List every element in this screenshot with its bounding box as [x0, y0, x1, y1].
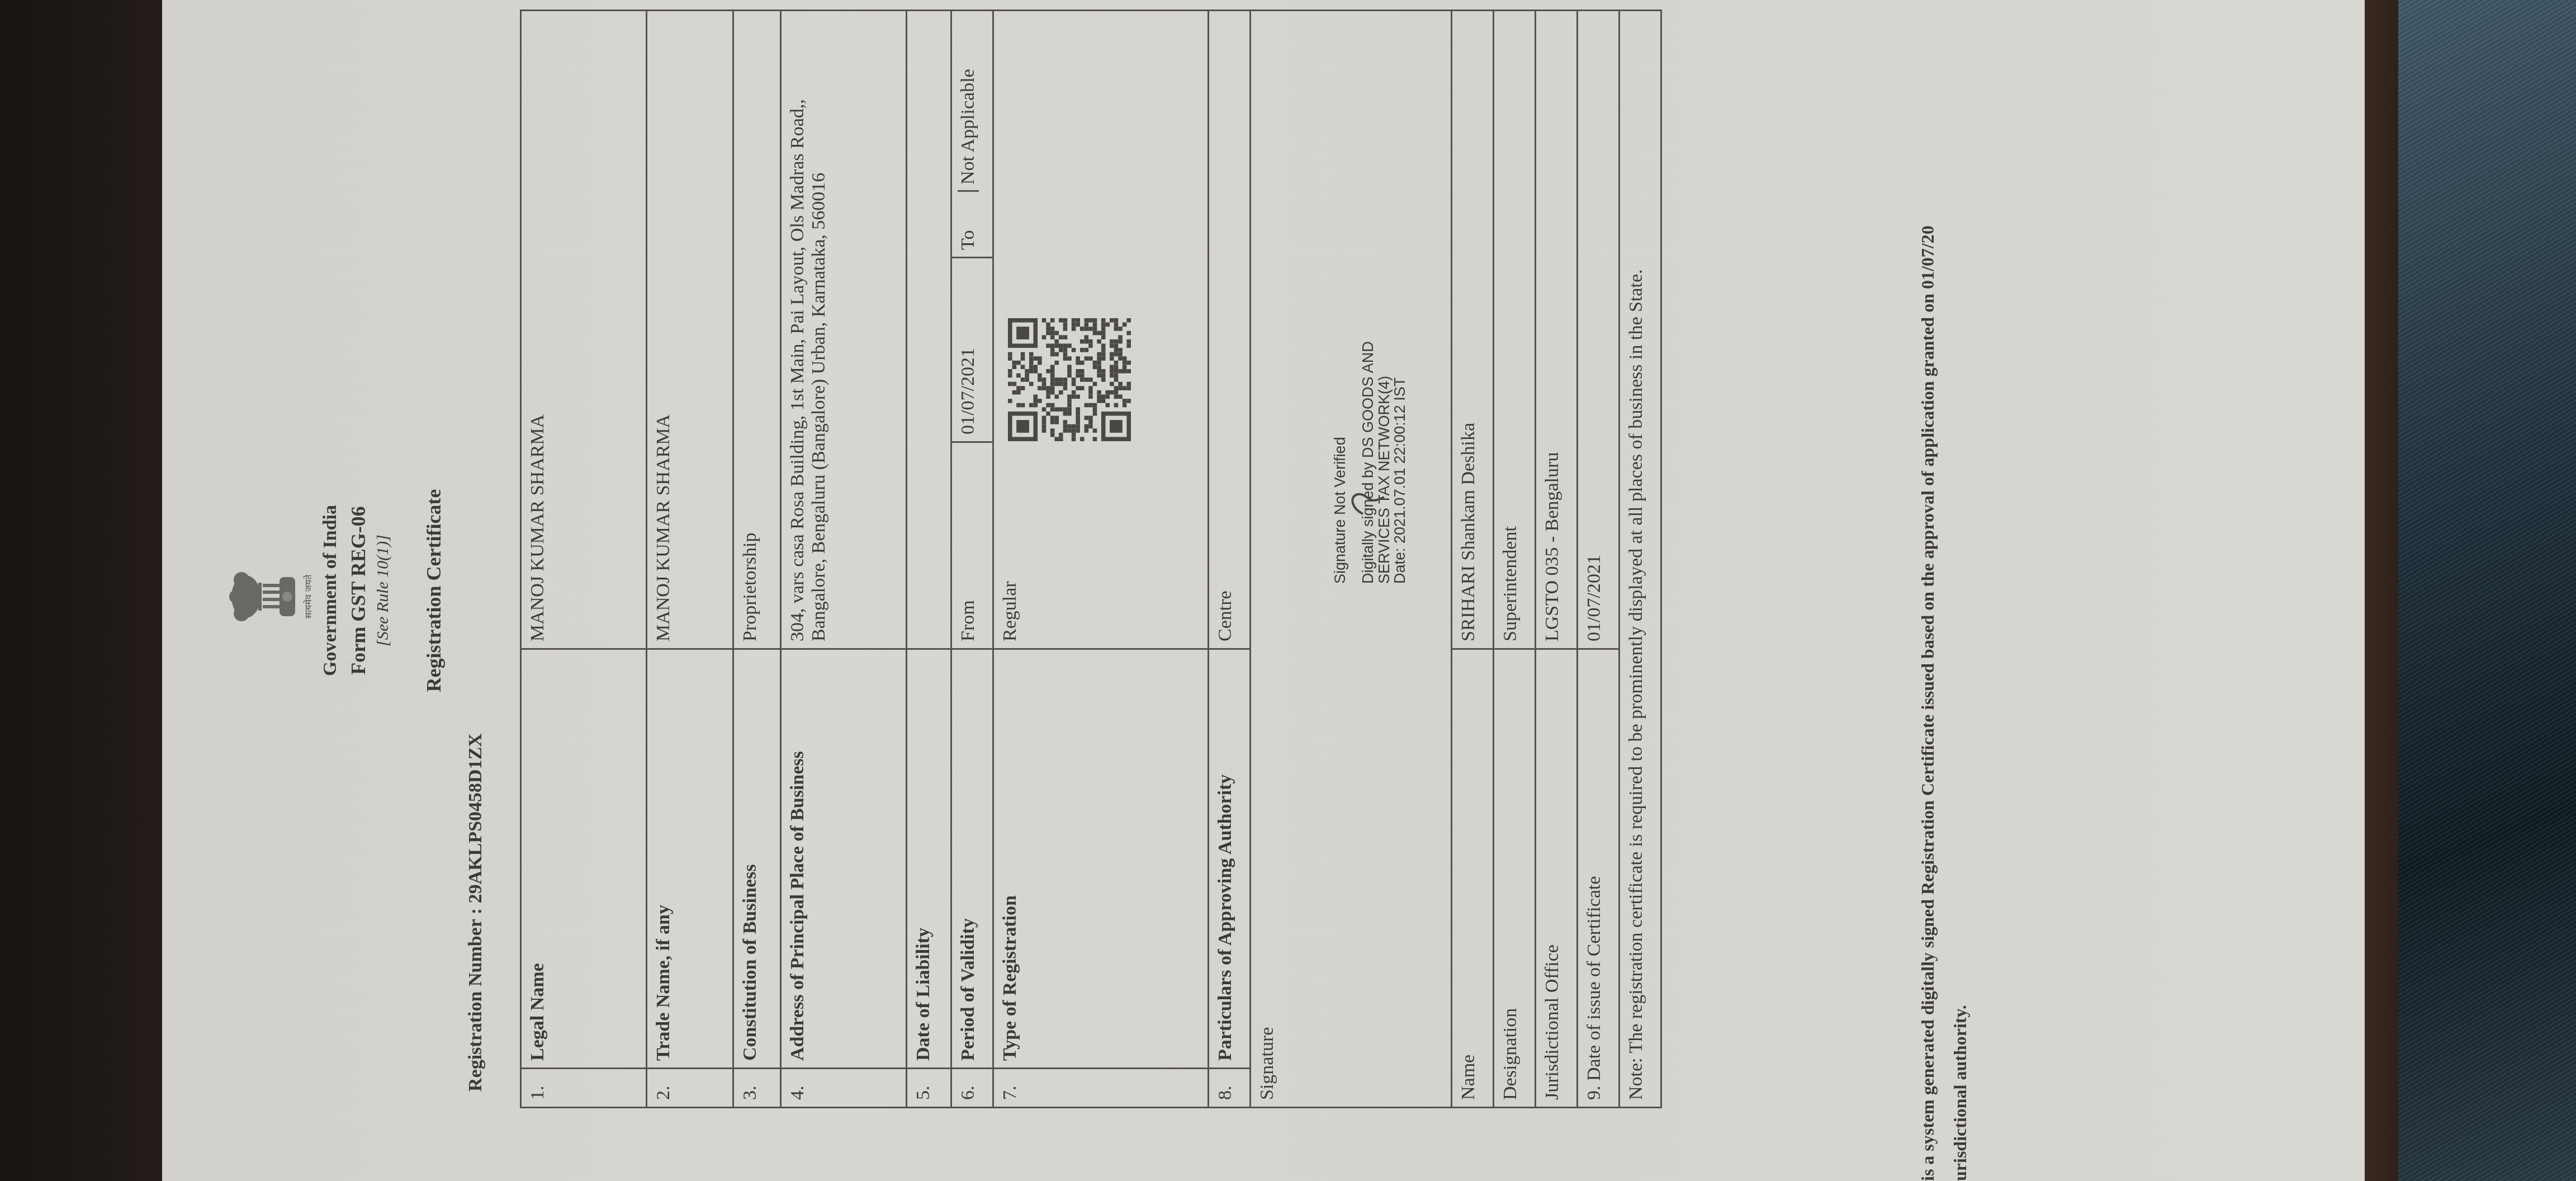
signature-check-icon	[1346, 475, 1385, 519]
validity-from-value: 01/07/2021	[951, 258, 993, 442]
row-number: 1.	[521, 1069, 647, 1108]
table-row: 3. Constitution of Business Proprietorsh…	[733, 11, 781, 1108]
authority-row: Name SRIHARI Shankam Deshika	[1452, 11, 1494, 1108]
registration-type-value: Regular	[1000, 581, 1020, 641]
emblem-motto: सत्यमेव जयते	[302, 566, 314, 627]
background-dark-surface	[0, 0, 162, 1181]
authority-row: Jurisdictional Office LGSTO 035 - Bengal…	[1536, 11, 1578, 1108]
signature-row: Signature Signature Not Verified Digital…	[1251, 11, 1452, 1108]
authority-label: 9. Date of issue of Certificate	[1578, 649, 1620, 1108]
row-label: Period of Validity	[951, 649, 993, 1069]
authority-row: 9. Date of issue of Certificate 01/07/20…	[1578, 11, 1620, 1108]
authority-label: Name	[1452, 649, 1494, 1108]
address-value: 304, vars casa Rosa Building, 1st Main, …	[781, 11, 907, 649]
row-number: 4.	[781, 1069, 907, 1108]
date-of-liability-value	[907, 11, 951, 649]
row-number: 7.	[993, 1069, 1209, 1108]
table-row: 6. Period of Validity From 01/07/2021 To…	[951, 11, 993, 1108]
signed-by-line-2: SERVICES TAX NETWORK(4)	[1376, 341, 1392, 584]
jurisdictional-office-value: LGSTO 035 - Bengaluru	[1536, 11, 1578, 649]
signed-by-line-1: Digitally signed by DS GOODS AND	[1360, 341, 1376, 584]
table-row: 2. Trade Name, if any MANOJ KUMAR SHARMA	[647, 11, 733, 1108]
signature-label: Signature	[1257, 1027, 1277, 1100]
note-row: Note: The registration certificate is re…	[1620, 11, 1661, 1108]
signature-status: Signature Not Verified	[1332, 341, 1348, 584]
authority-name-value: SRIHARI Shankam Deshika	[1452, 11, 1494, 649]
validity-to-label: To	[958, 230, 978, 250]
row-label: Constitution of Business	[733, 649, 781, 1069]
authority-label: Jurisdictional Office	[1536, 649, 1578, 1108]
authority-row: Designation Superintendent	[1494, 11, 1536, 1108]
row-label: Date of Liability	[907, 649, 951, 1069]
validity-from-label: From	[951, 442, 993, 649]
row-number: 6.	[951, 1069, 993, 1108]
government-heading: Government of India	[320, 0, 341, 1181]
row-number: 2.	[647, 1069, 733, 1108]
designation-value: Superintendent	[1494, 11, 1536, 649]
form-heading: Form GST REG-06	[347, 0, 370, 1181]
registration-type-cell: Regular	[993, 11, 1209, 649]
trade-name-value: MANOJ KUMAR SHARMA	[647, 11, 733, 649]
row-number: 3.	[733, 1069, 781, 1108]
qr-code-icon	[1008, 318, 1131, 441]
row-number: 8.	[1209, 1069, 1251, 1108]
table-row: 1. Legal Name MANOJ KUMAR SHARMA	[521, 11, 647, 1108]
authority-label: Designation	[1494, 649, 1536, 1108]
certificate-paper: सत्यमेव जयते Government of India Form GS…	[162, 0, 2365, 1181]
legal-name-value: MANOJ KUMAR SHARMA	[521, 11, 647, 649]
footer-line-2: urisdictional authority.	[1944, 0, 1977, 1181]
certificate-table: 1. Legal Name MANOJ KUMAR SHARMA 2. Trad…	[520, 10, 1662, 1108]
footer-statement: is a system generated digitally signed R…	[1912, 0, 1976, 1181]
issue-date-value: 01/07/2021	[1578, 11, 1620, 649]
table-row: 5. Date of Liability	[907, 11, 951, 1108]
rule-reference: [See Rule 10(1)]	[373, 0, 392, 1181]
certificate-title: Registration Certificate	[422, 0, 446, 1181]
row-number: 5.	[907, 1069, 951, 1108]
registration-number-label: Registration Number :	[465, 908, 486, 1092]
registration-number-value: 29AKLPS0458D1ZX	[465, 733, 486, 903]
national-emblem-icon	[229, 566, 307, 627]
validity-to-value: Not Applicable	[958, 69, 979, 192]
row-label: Particulars of Approving Authority	[1209, 649, 1251, 1069]
constitution-value: Proprietorship	[733, 11, 781, 649]
validity-to-cell: To Not Applicable	[951, 11, 993, 258]
note-text: Note: The registration certificate is re…	[1620, 11, 1661, 1108]
signature-cell: Signature Signature Not Verified Digital…	[1251, 11, 1452, 1108]
row-label: Legal Name	[521, 649, 647, 1069]
signature-date: Date: 2021.07.01 22:00:12 IST	[1392, 341, 1408, 584]
registration-number: Registration Number : 29AKLPS0458D1ZX	[465, 733, 486, 1092]
row-label: Type of Registration	[993, 649, 1209, 1069]
row-label: Address of Principal Place of Business	[781, 649, 907, 1069]
table-row: 8. Particulars of Approving Authority Ce…	[1209, 11, 1251, 1108]
table-row: 4. Address of Principal Place of Busines…	[781, 11, 907, 1108]
footer-line-1: is a system generated digitally signed R…	[1912, 0, 1944, 1181]
digital-signature-stamp: Signature Not Verified Digitally signed …	[1332, 341, 1408, 584]
certificate-page: सत्यमेव जयते Government of India Form GS…	[162, 0, 2365, 1181]
table-row: 7. Type of Registration Regular	[993, 11, 1209, 1108]
approving-authority-value: Centre	[1209, 11, 1251, 649]
background-fabric	[2398, 0, 2576, 1181]
row-label: Trade Name, if any	[647, 649, 733, 1069]
